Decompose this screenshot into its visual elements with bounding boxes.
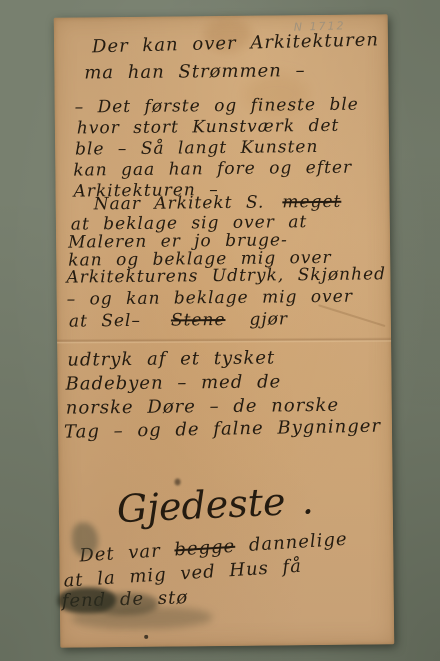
- handwriting-line: Naar Arkitekt S.meget: [94, 192, 342, 215]
- handwriting-line: Arkitekturens Udtryk, Skjønhed: [66, 264, 386, 287]
- ink-dot: [144, 635, 148, 639]
- handwriting-line: fend de stø: [62, 587, 189, 612]
- fold-crease-wrinkle: [318, 304, 385, 327]
- handwriting-line: – og kan beklage mig over: [67, 287, 353, 310]
- handwriting-line: ma han Strømmen –: [84, 60, 305, 83]
- handwriting-line: Badebyen – med de: [65, 371, 281, 394]
- handwriting-segment: Naar Arkitekt S.: [94, 193, 265, 215]
- handwriting-segment: Det var: [79, 540, 162, 566]
- struck-word: begge: [174, 536, 236, 561]
- manuscript-page: N 1712 Der kan over Arkitekturen ma han …: [54, 14, 395, 647]
- handwriting-line: ble – Så langt Kunsten: [75, 137, 319, 160]
- struck-word: Stene: [171, 310, 226, 331]
- handwriting-line: Der kan over Arkitekturen: [92, 29, 380, 57]
- handwriting-line: kan gaa han fore og efter: [73, 158, 352, 181]
- handwriting-line: hvor stort Kunstværk det: [77, 116, 340, 139]
- handwriting-line: – Det første og fineste ble: [75, 95, 359, 118]
- handwriting-line: norske Døre – de norske: [66, 395, 339, 419]
- fold-crease: [57, 337, 391, 344]
- manuscript-photo: { "photo": { "archive_label": "N 1712", …: [0, 0, 440, 661]
- handwriting-line: at Sel–Stenegjør: [69, 309, 288, 331]
- big-handwritten-word: Gjedeste .: [116, 478, 315, 531]
- handwriting-line: Tag – og de falne Bygninger: [64, 416, 381, 443]
- handwriting-segment: gjør: [249, 309, 288, 329]
- handwriting-segment: dannelige: [248, 529, 348, 556]
- struck-word: meget: [282, 192, 341, 213]
- handwriting-segment: at Sel–: [69, 311, 141, 332]
- handwriting-line: udtryk af et tysket: [67, 347, 275, 370]
